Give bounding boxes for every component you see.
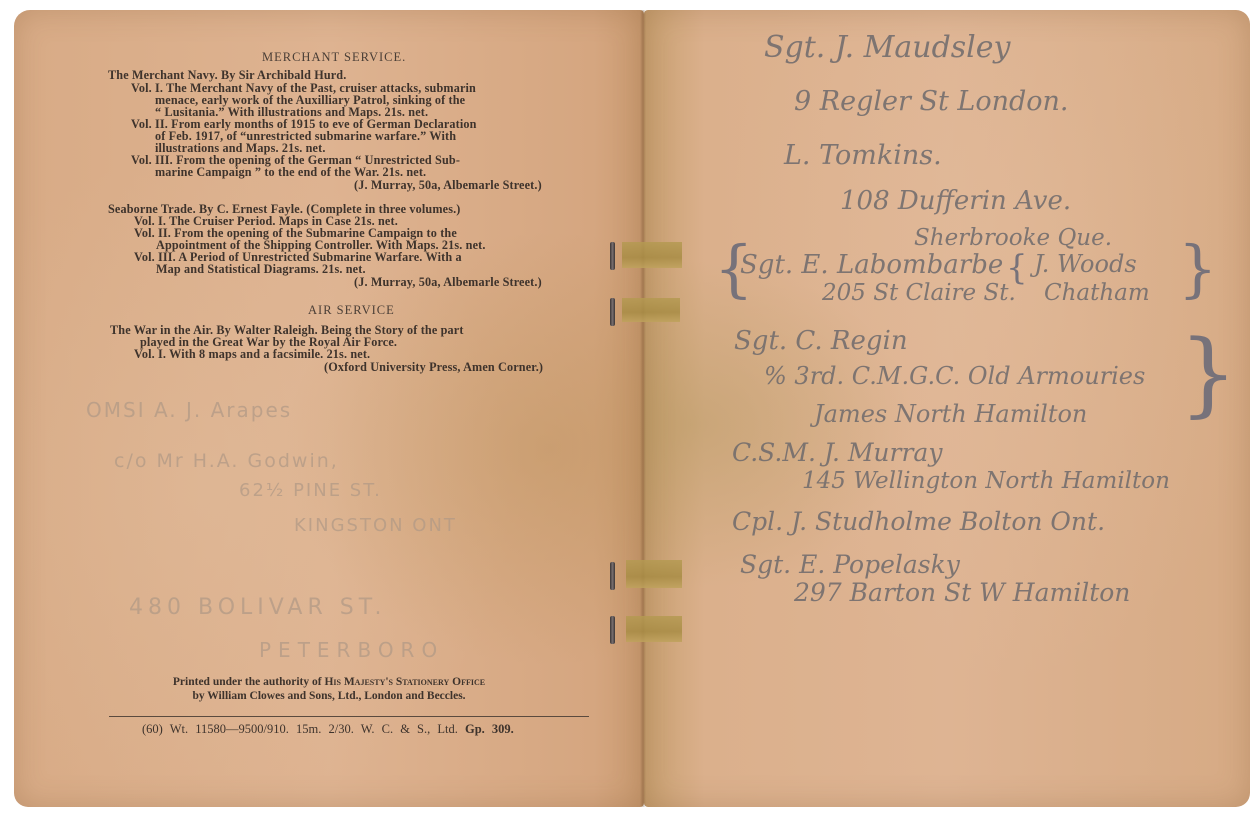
- staple-icon: [610, 616, 615, 644]
- faded-pencil-line: 62½ PINE ST.: [239, 480, 382, 501]
- book-gutter: [640, 10, 646, 807]
- binding-tape: [626, 616, 682, 642]
- faded-pencil-line: c/o Mr H.A. Godwin,: [114, 450, 339, 472]
- handwritten-line: 205 St Claire St.: [822, 280, 1016, 306]
- handwritten-line: L. Tomkins.: [784, 140, 942, 171]
- print-code-footer: (60) Wt. 11580—9500/910. 15m. 2/30. W. C…: [142, 722, 514, 737]
- open-booklet: MERCHANT SERVICE. The Merchant Navy. By …: [14, 10, 1250, 807]
- right-brace: }: [1179, 320, 1238, 427]
- faded-pencil-line: PETERBORO: [259, 638, 444, 662]
- handwritten-line: C.S.M. J. Murray: [732, 438, 942, 467]
- handwritten-line: 108 Dufferin Ave.: [840, 186, 1071, 216]
- faded-pencil-line: OMSI A. J. Arapes: [86, 398, 292, 422]
- right-brace: }: [1178, 232, 1217, 305]
- handwritten-line: 9 Regler St London.: [794, 86, 1068, 117]
- group-number: Gp. 309.: [465, 722, 514, 736]
- entry-line: marine Campaign ” to the end of the War.…: [155, 166, 426, 179]
- publisher-line: (J. Murray, 50a, Albemarle Street.): [354, 276, 542, 289]
- staple-icon: [610, 298, 615, 326]
- footer-rule: [109, 716, 589, 717]
- handwritten-line: Cpl. J. Studholme Bolton Ont.: [732, 507, 1105, 536]
- entry-line: Map and Statistical Diagrams. 21s. net.: [156, 263, 366, 276]
- handwritten-line: Sgt. J. Maudsley: [764, 30, 1010, 65]
- handwritten-line: J. Woods: [1034, 250, 1137, 278]
- handwritten-line: Sgt. E. Popelasky: [740, 550, 960, 579]
- handwritten-line: 145 Wellington North Hamilton: [802, 468, 1170, 494]
- merchant-navy-entry: The Merchant Navy. By Sir Archibald Hurd…: [14, 10, 644, 410]
- faded-pencil-line: KINGSTON ONT: [294, 515, 457, 536]
- left-page: MERCHANT SERVICE. The Merchant Navy. By …: [14, 10, 644, 807]
- handwritten-line: Sgt. C. Regin: [734, 326, 908, 356]
- handwritten-line: % 3rd. C.M.G.C. Old Armouries: [764, 362, 1145, 390]
- air-service-heading: AIR SERVICE: [308, 303, 395, 318]
- handwritten-line: Chatham: [1044, 280, 1150, 306]
- printer-imprint: Printed under the authority of His Majes…: [14, 676, 644, 703]
- right-page: Sgt. J. Maudsley 9 Regler St London. L. …: [644, 10, 1250, 807]
- faded-pencil-line: 480 BOLIVAR ST.: [129, 595, 387, 620]
- binding-tape: [622, 298, 680, 322]
- binding-tape: [626, 560, 682, 588]
- publisher-line: (Oxford University Press, Amen Corner.): [324, 361, 543, 374]
- print-code: (60) Wt. 11580—9500/910. 15m. 2/30. W. C…: [142, 722, 458, 736]
- handwritten-line: Sgt. E. Labombarbe: [740, 250, 1003, 280]
- entry-title: The Merchant Navy.: [108, 68, 218, 82]
- handwritten-line: 297 Barton St W Hamilton: [794, 578, 1130, 607]
- entry-author: By Sir Archibald Hurd.: [221, 68, 346, 82]
- publisher-line: (J. Murray, 50a, Albemarle Street.): [354, 179, 542, 192]
- imprint-office: His Majesty's Stationery Office: [324, 676, 485, 688]
- handwritten-line: James North Hamilton: [814, 400, 1087, 428]
- binding-tape: [622, 242, 682, 268]
- staple-icon: [610, 562, 615, 590]
- entry-line: Vol. I. With 8 maps and a facsimile. 21s…: [134, 348, 370, 361]
- staple-icon: [610, 242, 615, 270]
- imprint-printer: by William Clowes and Sons, Ltd., London…: [14, 690, 644, 704]
- imprint-text: Printed under the authority of: [173, 676, 325, 688]
